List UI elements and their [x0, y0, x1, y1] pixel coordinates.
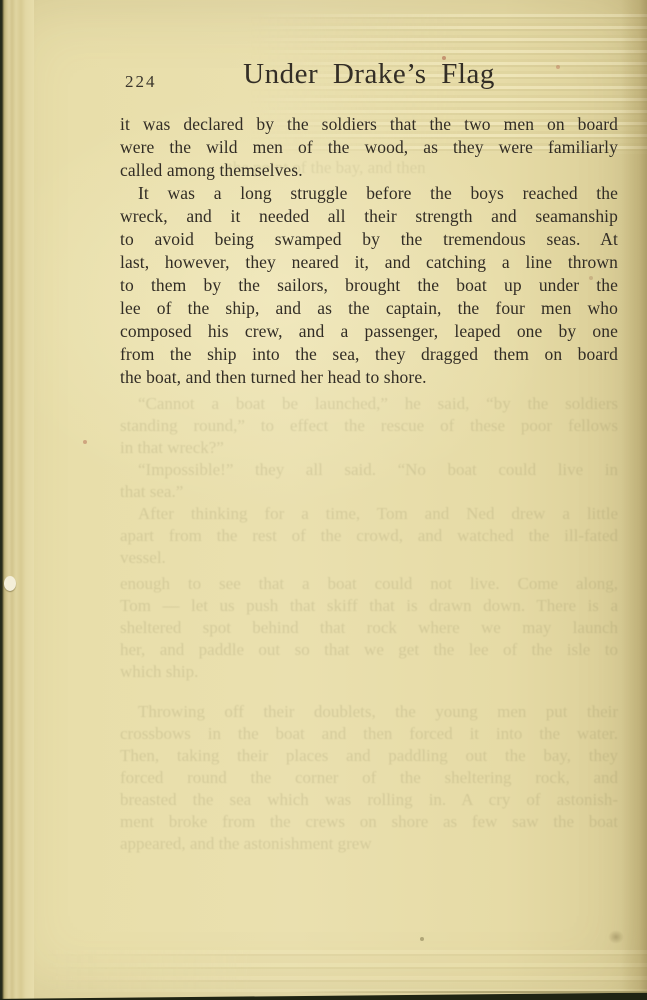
show-through-text: Throwing off their doublets, the young m… — [120, 702, 618, 856]
paper-chip-mark — [4, 576, 16, 591]
text-line: called among themselves. — [120, 160, 618, 183]
text-line: enough to see that a boat could not live… — [120, 574, 618, 596]
text-line: apart from the rest of the crowd, and wa… — [120, 526, 618, 548]
page-number: 224 — [125, 72, 157, 92]
text-line: that sea.” — [120, 482, 618, 504]
text-line: to them by the sailors, brought the boat… — [120, 275, 618, 298]
text-line: After thinking for a time, Tom and Ned d… — [120, 504, 618, 526]
text-line: standing round,” to effect the rescue of… — [120, 416, 618, 438]
running-title: Under Drake’s Flag — [243, 58, 495, 91]
page-edge-streaks-bottom — [40, 950, 647, 992]
text-line: the boat, and then turned her head to sh… — [120, 367, 618, 390]
show-through-text: “Impossible!” they all said. “No boat co… — [120, 460, 618, 504]
text-line: sheltered spot behind that rock where we… — [120, 618, 618, 640]
text-line: breasted the sea which was rolling in. A… — [120, 790, 618, 812]
text-line: last, however, they neared it, and catch… — [120, 252, 618, 275]
text-line: It was a long struggle before the boys r… — [120, 183, 618, 206]
page-edge-line-bottom — [291, 991, 647, 993]
text-line: were the wild men of the wood, as they w… — [120, 137, 618, 160]
binding-gutter-shadow — [0, 0, 34, 1000]
text-line: to avoid being swamped by the tremendous… — [120, 229, 618, 252]
text-line: in that wreck?” — [120, 438, 618, 460]
text-line: from the ship into the sea, they dragged… — [120, 344, 618, 367]
text-line: wreck, and it needed all their strength … — [120, 206, 618, 229]
text-line: composed his crew, and a passenger, leap… — [120, 321, 618, 344]
show-through-text: “Cannot a boat be launched,” he said, “b… — [120, 394, 618, 460]
text-line: lee of the ship, and as the captain, the… — [120, 298, 618, 321]
body-text: it was declared by the soldiers that the… — [120, 114, 618, 390]
text-line: Then, taking their places and paddling o… — [120, 746, 618, 768]
text-line: vessel. — [120, 548, 618, 570]
page-edge-shadow-right — [621, 0, 647, 1000]
text-line: “Cannot a boat be launched,” he said, “b… — [120, 394, 618, 416]
text-line: Throwing off their doublets, the young m… — [120, 702, 618, 724]
text-line: forced round the corner of the shelterin… — [120, 768, 618, 790]
paper-specks — [0, 0, 2, 2]
text-line: Tom — let us push that skiff that is dra… — [120, 596, 618, 618]
show-through-text: After thinking for a time, Tom and Ned d… — [120, 504, 618, 570]
book-page-scan: the point of the bay, and then “Cannot a… — [0, 0, 647, 1000]
text-line: ment broke from the crews on shore as fe… — [120, 812, 618, 834]
text-line: “Impossible!” they all said. “No boat co… — [120, 460, 618, 482]
text-line: appeared, and the astonishment grew — [120, 834, 618, 856]
text-line: her, and paddle out so that we get the l… — [120, 640, 618, 662]
text-line: crossbows in the boat and then forced it… — [120, 724, 618, 746]
text-line: it was declared by the soldiers that the… — [120, 114, 618, 137]
show-through-text: enough to see that a boat could not live… — [120, 574, 618, 684]
paper-smudge — [608, 930, 624, 944]
text-line: which ship. — [120, 662, 618, 684]
